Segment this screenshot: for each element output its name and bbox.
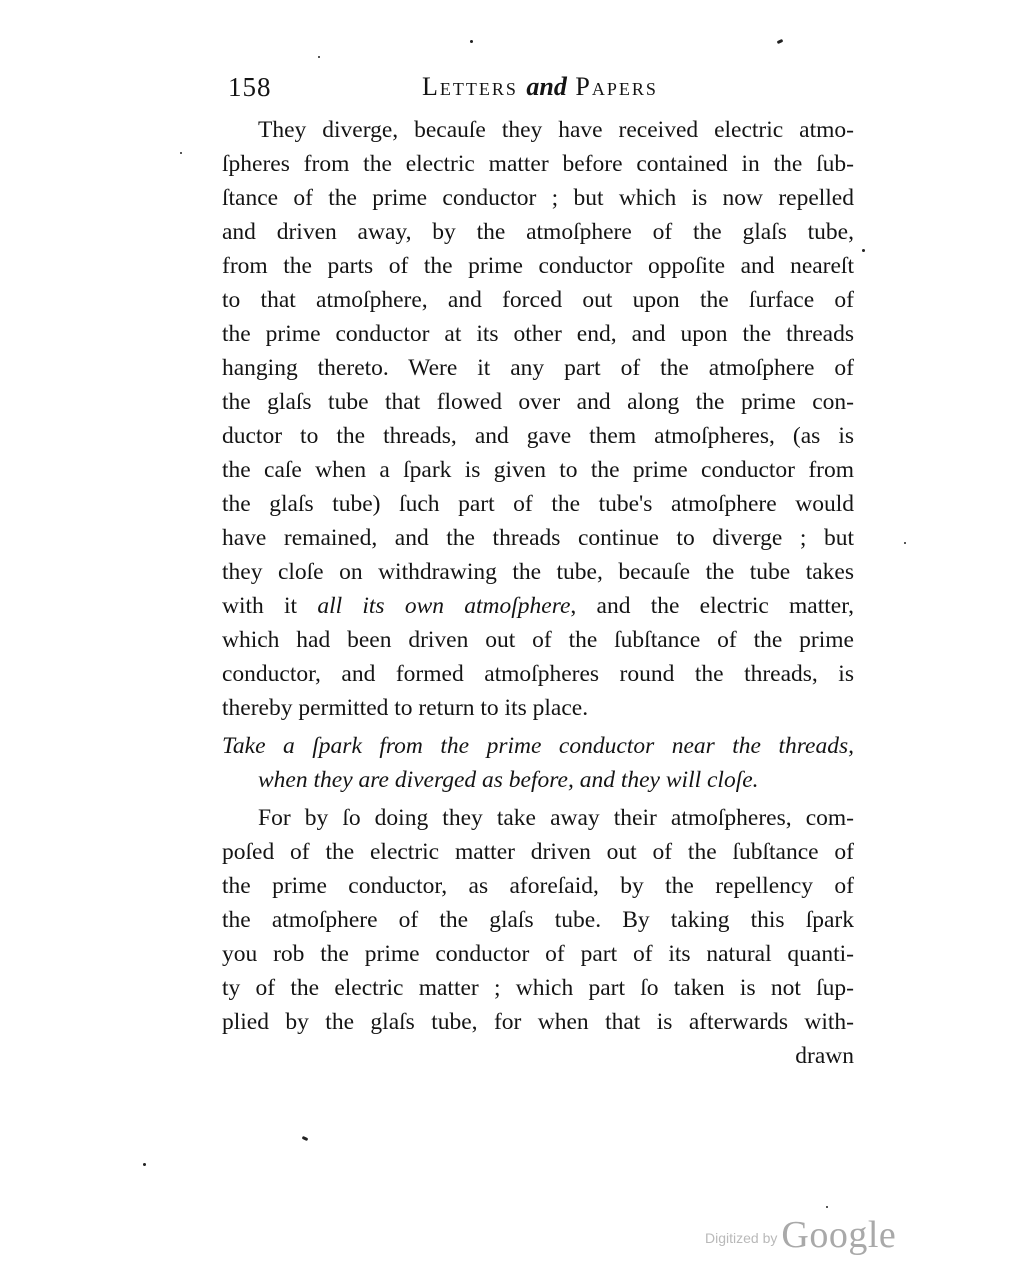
text-line: from the parts of the prime conductor op… [222,249,854,283]
text-line: plied by the glaſs tube, for when that i… [222,1005,854,1039]
running-title-papers: Papers [575,72,657,101]
scan-speck [318,56,320,58]
text-line: For by ſo doing they take away their atm… [222,801,854,835]
text-line: ſpheres from the electric matter before … [222,147,854,181]
scan-speck [862,249,865,252]
text-line: ty of the electric matter ; which part ſ… [222,971,854,1005]
scan-speck [777,39,784,44]
page-number: 158 [228,72,272,103]
text-line: to that atmoſphere, and forced out upon … [222,283,854,317]
text-run: , and the electric matter, [570,593,854,619]
emphasis-text: all its own atmoſphere [317,593,570,619]
running-title-and: and [526,72,566,101]
text-line: they cloſe on withdrawing the tube, beca… [222,555,854,589]
text-line: ſtance of the prime conductor ; but whic… [222,181,854,215]
text-line: Take a ſpark from the prime conductor ne… [222,729,854,763]
text-line: the prime conductor, as aforeſaid, by th… [222,869,854,903]
text-line: have remained, and the threads continue … [222,521,854,555]
text-line: the glaſs tube that flowed over and alon… [222,385,854,419]
text-line: the atmoſphere of the glaſs tube. By tak… [222,903,854,937]
scan-speck [180,152,182,154]
text-line-with-emphasis: with it all its own atmoſphere, and the … [222,589,854,623]
text-line: you rob the prime conductor of part of i… [222,937,854,971]
experiment-statement: Take a ſpark from the prime conductor ne… [222,729,854,797]
running-head: 158 Letters and Papers [222,70,854,110]
text-line: thereby permitted to return to its place… [222,691,854,725]
text-line: when they are diverged as before, and th… [222,763,854,797]
text-line: ductor to the threads, and gave them atm… [222,419,854,453]
text-line: which had been driven out of the ſubſtan… [222,623,854,657]
watermark-prefix: Digitized by [705,1230,777,1246]
catchword: drawn [222,1039,854,1073]
body-text: They diverge, becauſe they have received… [222,113,854,1073]
text-line: They diverge, becauſe they have received… [222,113,854,147]
text-run: with it [222,593,317,619]
scan-speck [826,1206,828,1208]
text-line: hanging thereto. Were it any part of the… [222,351,854,385]
scan-speck [143,1163,146,1166]
text-line: the glaſs tube) ſuch part of the tube's … [222,487,854,521]
paragraph-3: For by ſo doing they take away their atm… [222,801,854,1073]
digitized-by-google-watermark: Digitized by Google [705,1213,896,1257]
text-line: conductor, and formed atmoſpheres round … [222,657,854,691]
text-line: the caſe when a ſpark is given to the pr… [222,453,854,487]
running-title: Letters and Papers [422,72,658,102]
text-line: and driven away, by the atmoſphere of th… [222,215,854,249]
text-line: poſed of the electric matter driven out … [222,835,854,869]
scan-speck [302,1136,309,1141]
paragraph-1: They diverge, becauſe they have received… [222,113,854,725]
scan-speck [470,40,473,43]
text-line: the prime conductor at its other end, an… [222,317,854,351]
google-logo-text: Google [781,1214,896,1256]
scan-speck [904,542,906,544]
running-title-letters: Letters [422,72,518,101]
